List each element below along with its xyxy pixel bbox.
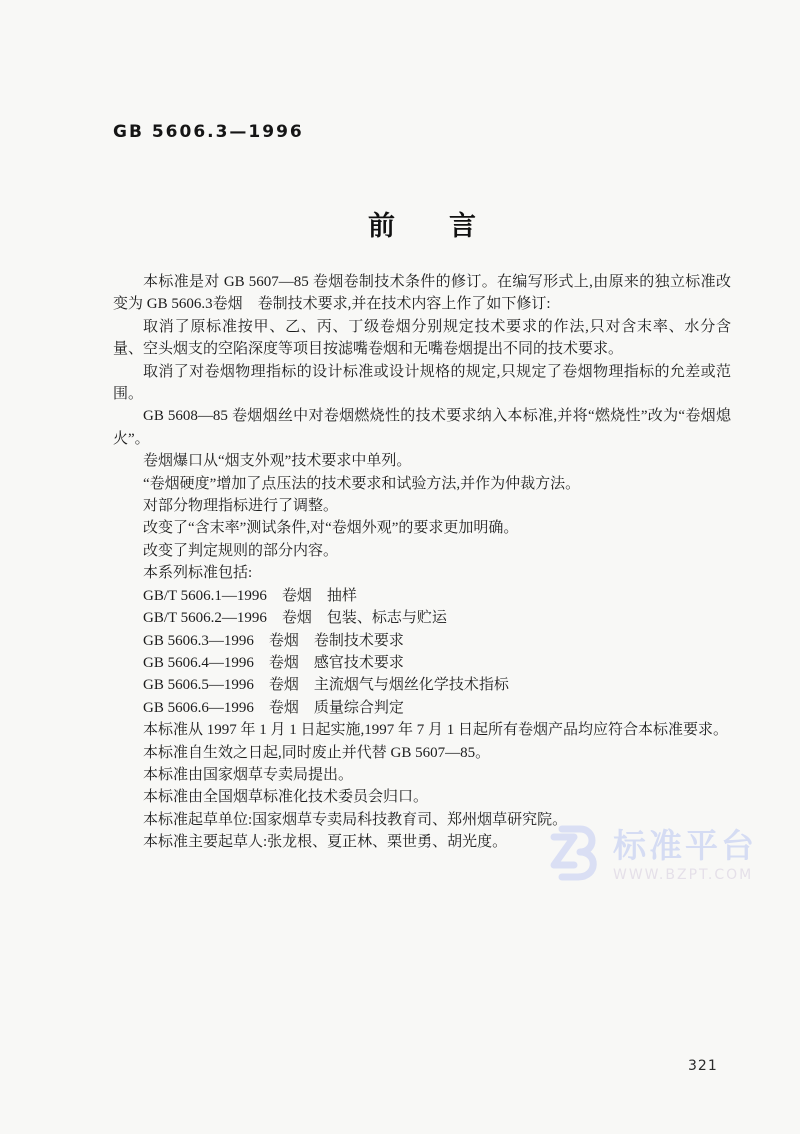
paragraph: 取消了原标准按甲、乙、丙、丁级卷烟分别规定技术要求的作法,只对含末率、水分含量、… [113, 316, 731, 361]
paragraph: 本标准自生效之日起,同时废止并代替 GB 5607—85。 [113, 742, 731, 764]
watermark-url: WWW.BZPT.COM [613, 867, 757, 883]
paragraph: 卷烟爆口从“烟支外观”技术要求中单列。 [113, 450, 731, 472]
paragraph: 改变了判定规则的部分内容。 [113, 540, 731, 562]
paragraph: 本系列标准包括: [113, 562, 731, 584]
paragraph: GB 5608—85 卷烟烟丝中对卷烟燃烧性的技术要求纳入本标准,并将“燃烧性”… [113, 405, 731, 450]
paragraph: 取消了对卷烟物理指标的设计标准或设计规格的规定,只规定了卷烟物理指标的允差或范围… [113, 361, 731, 406]
standard-list-item: GB 5606.6—1996 卷烟 质量综合判定 [113, 697, 731, 719]
standard-code: GB 5606.3—1996 [113, 122, 304, 142]
standard-list-item: GB 5606.3—1996 卷烟 卷制技术要求 [113, 630, 731, 652]
standard-list-item: GB 5606.4—1996 卷烟 感官技术要求 [113, 652, 731, 674]
scanned-standard-page: GB 5606.3—1996 前 言 本标准是对 GB 5607—85 卷烟卷制… [0, 0, 800, 1134]
page-title: 前 言 [113, 204, 731, 243]
paragraph: 本标准主要起草人:张龙根、夏正林、栗世勇、胡光度。 [113, 831, 731, 853]
paragraph: “卷烟硬度”增加了点压法的技术要求和试验方法,并作为仲裁方法。 [113, 473, 731, 495]
paragraph: 本标准是对 GB 5607—85 卷烟卷制技术条件的修订。在编写形式上,由原来的… [113, 271, 731, 316]
paragraph: 本标准起草单位:国家烟草专卖局科技教育司、郑州烟草研究院。 [113, 809, 731, 831]
paragraph: 改变了“含末率”测试条件,对“卷烟外观”的要求更加明确。 [113, 517, 731, 539]
paragraph: 本标准从 1997 年 1 月 1 日起实施,1997 年 7 月 1 日起所有… [113, 719, 731, 741]
paragraph: 对部分物理指标进行了调整。 [113, 495, 731, 517]
page-number: 321 [688, 1058, 718, 1074]
foreword-body: 本标准是对 GB 5607—85 卷烟卷制技术条件的修订。在编写形式上,由原来的… [113, 271, 731, 854]
paragraph: 本标准由国家烟草专卖局提出。 [113, 764, 731, 786]
paragraph: 本标准由全国烟草标准化技术委员会归口。 [113, 786, 731, 808]
standard-list-item: GB/T 5606.2—1996 卷烟 包装、标志与贮运 [113, 607, 731, 629]
standard-list-item: GB 5606.5—1996 卷烟 主流烟气与烟丝化学技术指标 [113, 674, 731, 696]
standard-list-item: GB/T 5606.1—1996 卷烟 抽样 [113, 585, 731, 607]
